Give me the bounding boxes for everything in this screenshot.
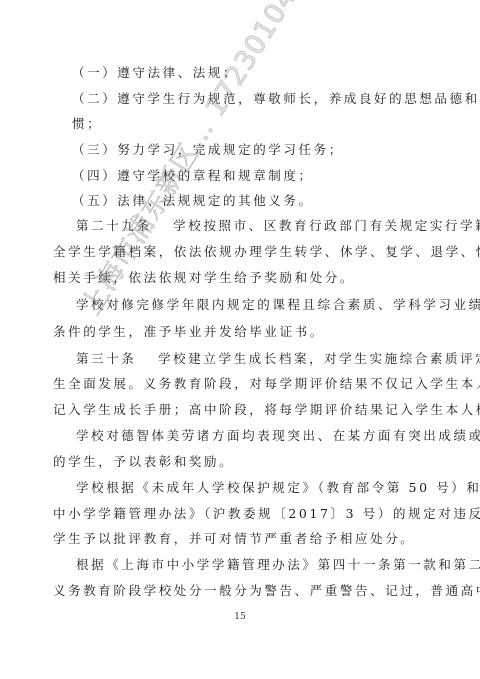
text-line: （二）遵守学生行为规范，尊敬师长，养成良好的思想品德和行为习 bbox=[72, 91, 480, 107]
text-line: 义务教育阶段学校处分一般分为警告、严重警告、记过，普通高中阶段学校 bbox=[53, 583, 480, 599]
text-line: 第三十条 学校建立学生成长档案，对学生实施综合素质评定，促进学 bbox=[76, 351, 480, 367]
text-line: 根据《上海市中小学学籍管理办法》第四十一条第一款和第二款规定， bbox=[76, 557, 480, 573]
page-number: 15 bbox=[0, 612, 480, 622]
text-line: 中小学学籍管理办法》（沪教委规〔2017〕3 号）的规定对违反校纪校规的 bbox=[53, 506, 480, 522]
text-line: 生全面发展。义务教育阶段，对每学期评价结果不仅记入学生本人档案，还 bbox=[53, 376, 480, 392]
text-line: 学校对德智体美劳诸方面均表现突出、在某方面有突出成绩或进步显著 bbox=[76, 428, 480, 444]
text-line: 学校对修完修学年限内规定的课程且综合素质、学科学习业绩达到毕业 bbox=[76, 297, 480, 313]
text-line: （五）法律、法规规定的其他义务。 bbox=[72, 193, 314, 209]
text-line: 学生予以批评教育，并可对情节严重者给予相应处分。 bbox=[53, 531, 415, 547]
text-line: 记入学生成长手册；高中阶段，将每学期评价结果记入学生本人档案。 bbox=[53, 402, 480, 418]
document-page: （一）遵守法律、法规；（二）遵守学生行为规范，尊敬师长，养成良好的思想品德和行为… bbox=[0, 0, 480, 679]
text-line: 的学生，予以表彰和奖励。 bbox=[53, 454, 234, 470]
text-line: 惯； bbox=[72, 116, 102, 132]
text-line: 条件的学生，准予毕业并发给毕业证书。 bbox=[53, 324, 325, 340]
text-line: 学校根据《未成年人学校保护规定》（教育部令第 50 号）和《上海市 bbox=[76, 480, 480, 496]
